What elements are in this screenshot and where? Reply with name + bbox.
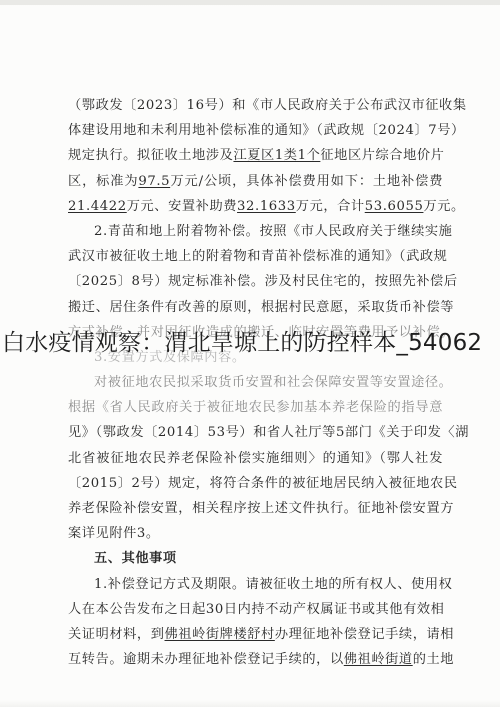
text-segment: 互转告。逾期未办理征地补偿登记手续的，以	[68, 652, 344, 667]
document-line: 案详见附件3。	[68, 521, 443, 546]
overlay-title: 白水疫情观察：渭北旱塬上的防控样本_54062	[2, 327, 500, 360]
document-line: 关证明材料，到佛祖岭街牌楼舒村办理征地补偿登记手续，请相	[68, 622, 443, 647]
page-top-edge	[0, 0, 500, 5]
text-segment: 规定执行。拟征收土地涉及	[68, 148, 233, 163]
text-segment: 办理征地补偿登记手续，请相	[275, 627, 454, 642]
text-segment: 〔2015〕2号）规定，将符合条件的被征地居民纳入被征地农民	[68, 476, 458, 491]
scanned-document-page: （鄂政发〔2023〕16号）和《市人民政府关于公布武汉市征收集体建设用地和未利用…	[0, 0, 500, 707]
underlined-text: 佛祖岭街牌楼舒村	[165, 627, 275, 642]
text-segment: 见》（鄂政发〔2014〕53号）和省人社厅等5部门《关于印发〈湖	[68, 425, 469, 440]
text-segment: 体建设用地和未利用地补偿标准的通知》（武政规〔2024〕7号）	[68, 123, 465, 138]
document-line: 21.4422万元、安置补助费32.1633万元，合计53.6055万元。	[68, 194, 443, 219]
text-segment: 北省被征地农民养老保险补偿实施细则〉的通知》（鄂人社发	[68, 451, 443, 466]
document-body: （鄂政发〔2023〕16号）和《市人民政府关于公布武汉市征收集体建设用地和未利用…	[68, 93, 443, 672]
document-line: 体建设用地和未利用地补偿标准的通知》（武政规〔2024〕7号）	[68, 118, 443, 143]
text-segment: 征地区片综合地价片	[320, 148, 444, 163]
text-segment: 武汉市被征收土地上的附着物和青苗补偿标准的通知》（武政规	[68, 249, 447, 264]
text-segment: 〔2025〕8号）规定标准补偿。涉及村民住宅的，按照先补偿后	[68, 274, 458, 289]
document-line: 1.补偿登记方式及期限。请被征收土地的所有权人、使用权	[68, 572, 443, 597]
document-line: 见》（鄂政发〔2014〕53号）和省人社厅等5部门《关于印发〈湖	[68, 420, 443, 445]
text-segment: 区，标准为	[68, 174, 138, 189]
underlined-text: 97.5	[138, 174, 170, 189]
text-segment: 万元，合计	[296, 199, 365, 214]
text-segment: 2.青苗和地上附着物补偿。按照《市人民政府关于继续实施	[94, 224, 452, 239]
text-segment: 的土地	[413, 652, 454, 667]
text-segment: 案详见附件3。	[68, 526, 160, 541]
document-line: 人在本公告发布之日起30日内持不动产权属证书或其他有效相	[68, 597, 443, 622]
text-segment: 万元、安置补助费	[127, 199, 237, 214]
document-line: 〔2025〕8号）规定标准补偿。涉及村民住宅的，按照先补偿后	[68, 269, 443, 294]
section-heading: 五、其他事项	[68, 546, 443, 571]
document-line: 对被征地农民拟采取货币安置和社会保障安置等安置途径。	[68, 370, 443, 395]
text-segment: 人在本公告发布之日起30日内持不动产权属证书或其他有效相	[68, 602, 444, 617]
document-line: 规定执行。拟征收土地涉及江夏区1类1个征地区片综合地价片	[68, 143, 443, 168]
underlined-text: 21.4422	[68, 199, 127, 214]
document-line: 养老保险补偿安置，相关程序按上述文件执行。征地补偿安置方	[68, 496, 443, 521]
text-segment: 五、其他事项	[94, 551, 177, 566]
document-line: 武汉市被征收土地上的附着物和青苗补偿标准的通知》（武政规	[68, 244, 443, 269]
underlined-text: 53.6055	[365, 199, 424, 214]
underlined-text: 32.1633	[237, 199, 296, 214]
text-segment: 对被征地农民拟采取货币安置和社会保障安置等安置途径。	[94, 375, 452, 390]
text-segment: 1.补偿登记方式及期限。请被征收土地的所有权人、使用权	[94, 577, 452, 592]
document-line: 互转告。逾期未办理征地补偿登记手续的，以佛祖岭街道的土地	[68, 647, 443, 672]
underlined-text: 佛祖岭街道	[344, 652, 413, 667]
document-line: 〔2015〕2号）规定，将符合条件的被征地居民纳入被征地农民	[68, 471, 443, 496]
text-segment: 关证明材料，到	[68, 627, 165, 642]
document-line: 2.青苗和地上附着物补偿。按照《市人民政府关于继续实施	[68, 219, 443, 244]
text-segment: 搬迁、居住条件有改善的原则，根据村民意愿，采取货币补偿等	[68, 300, 454, 315]
document-line: 根据《省人民政府关于被征地农民参加基本养老保险的指导意	[68, 395, 443, 420]
text-segment: （鄂政发〔2023〕16号）和《市人民政府关于公布武汉市征收集	[68, 98, 467, 113]
text-segment: 万元/公顷，具体补偿费用如下：土地补偿费	[170, 174, 443, 189]
text-segment: 万元。	[423, 199, 464, 214]
text-segment: 根据《省人民政府关于被征地农民参加基本养老保险的指导意	[68, 400, 443, 415]
document-line: 区，标准为97.5万元/公顷，具体补偿费用如下：土地补偿费	[68, 169, 443, 194]
document-line: （鄂政发〔2023〕16号）和《市人民政府关于公布武汉市征收集	[68, 93, 443, 118]
document-line: 搬迁、居住条件有改善的原则，根据村民意愿，采取货币补偿等	[68, 295, 443, 320]
underlined-text: 江夏区1类1个	[233, 148, 320, 163]
document-line: 北省被征地农民养老保险补偿实施细则〉的通知》（鄂人社发	[68, 446, 443, 471]
text-segment: 养老保险补偿安置，相关程序按上述文件执行。征地补偿安置方	[68, 501, 454, 516]
